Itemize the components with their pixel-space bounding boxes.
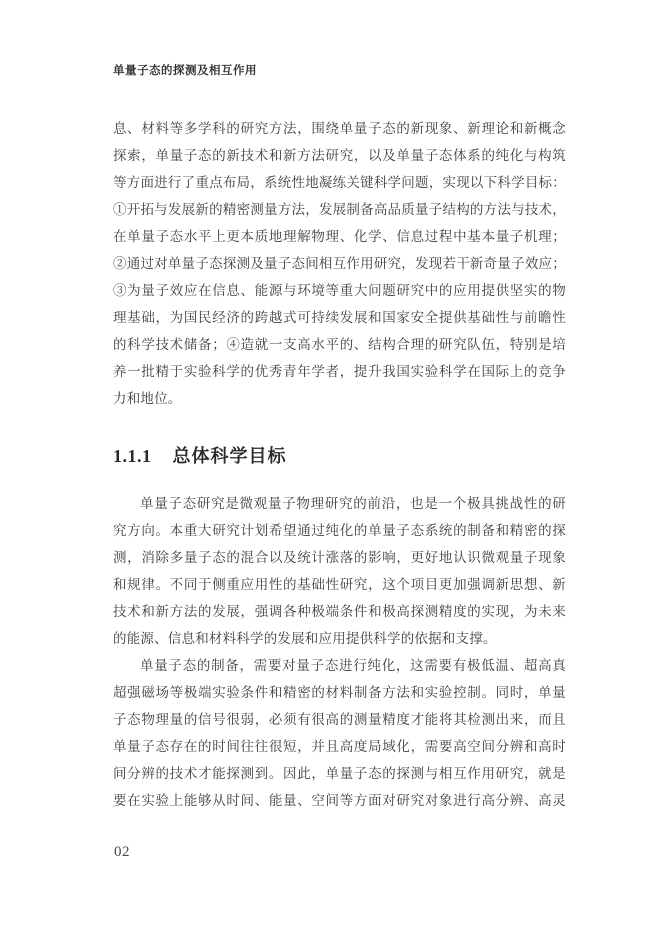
document-page: 单量子态的探测及相互作用 息、材料等多学科的研究方法，围绕单量子态的新现象、新理… [0, 0, 666, 930]
body-line: 探索，单量子态的新技术和新方法研究，以及单量子态体系的纯化与构筑 [113, 142, 566, 169]
section-heading-number: 1.1.1 [113, 446, 152, 466]
body-line: 究方向。本重大研究计划希望通过纯化的单量子态系统的制备和精密的探 [113, 517, 566, 544]
body-line: 的科学技术储备；④造就一支高水平的、结构合理的研究队伍，特别是培 [113, 331, 566, 358]
paragraph-block-1: 息、材料等多学科的研究方法，围绕单量子态的新现象、新理论和新概念 探索，单量子态… [113, 115, 566, 412]
body-line: 的能源、信息和材料科学的发展和应用提供科学的依据和支撑。 [113, 625, 566, 652]
body-line: 息、材料等多学科的研究方法，围绕单量子态的新现象、新理论和新概念 [113, 115, 566, 142]
body-line: 单量子态存在的时间往往很短，并且高度局域化，需要高空间分辨和高时 [113, 733, 566, 760]
body-line: ①开拓与发展新的精密测量方法，发展制备高品质量子结构的方法与技术， [113, 196, 566, 223]
body-line: 间分辨的技术才能探测到。因此，单量子态的探测与相互作用研究，就是 [113, 760, 566, 787]
body-line: ②通过对单量子态探测及量子态间相互作用研究，发现若干新奇量子效应； [113, 250, 566, 277]
body-line: 力和地位。 [113, 385, 566, 412]
body-line: 和规律。不同于侧重应用性的基础性研究，这个项目更加强调新思想、新 [113, 571, 566, 598]
body-line: 子态物理量的信号很弱，必须有很高的测量精度才能将其检测出来，而且 [113, 706, 566, 733]
body-line: 养一批精于实验科学的优秀青年学者，提升我国实验科学在国际上的竞争 [113, 358, 566, 385]
running-header: 单量子态的探测及相互作用 [113, 63, 566, 79]
body-line: 要在实验上能够从时间、能量、空间等方面对研究对象进行高分辨、高灵 [113, 787, 566, 814]
paragraph-block-2: 单量子态研究是微观量子物理研究的前沿，也是一个极具挑战性的研 究方向。本重大研究… [113, 490, 566, 814]
page-number: 02 [114, 842, 130, 862]
body-line: 技术和新方法的发展，强调各种极端条件和极高探测精度的实现，为未来 [113, 598, 566, 625]
section-heading-title: 总体科学目标 [173, 446, 287, 466]
body-line: 测，消除多量子态的混合以及统计涨落的影响，更好地认识微观量子现象 [113, 544, 566, 571]
body-line: 在单量子态水平上更本质地理解物理、化学、信息过程中基本量子机理； [113, 223, 566, 250]
body-line: 单量子态的制备，需要对量子态进行纯化，这需要有极低温、超高真空、 [113, 652, 566, 679]
body-line: 单量子态研究是微观量子物理研究的前沿，也是一个极具挑战性的研 [113, 490, 566, 517]
section-heading: 1.1.1总体科学目标 [113, 443, 566, 469]
body-line: 理基础，为国民经济的跨越式可持续发展和国家安全提供基础性与前瞻性 [113, 304, 566, 331]
body-line: 超强磁场等极端实验条件和精密的材料制备方法和实验控制。同时，单量 [113, 679, 566, 706]
body-line: ③为量子效应在信息、能源与环境等重大问题研究中的应用提供坚实的物 [113, 277, 566, 304]
body-line: 等方面进行了重点布局，系统性地凝练关键科学问题，实现以下科学目标： [113, 169, 566, 196]
